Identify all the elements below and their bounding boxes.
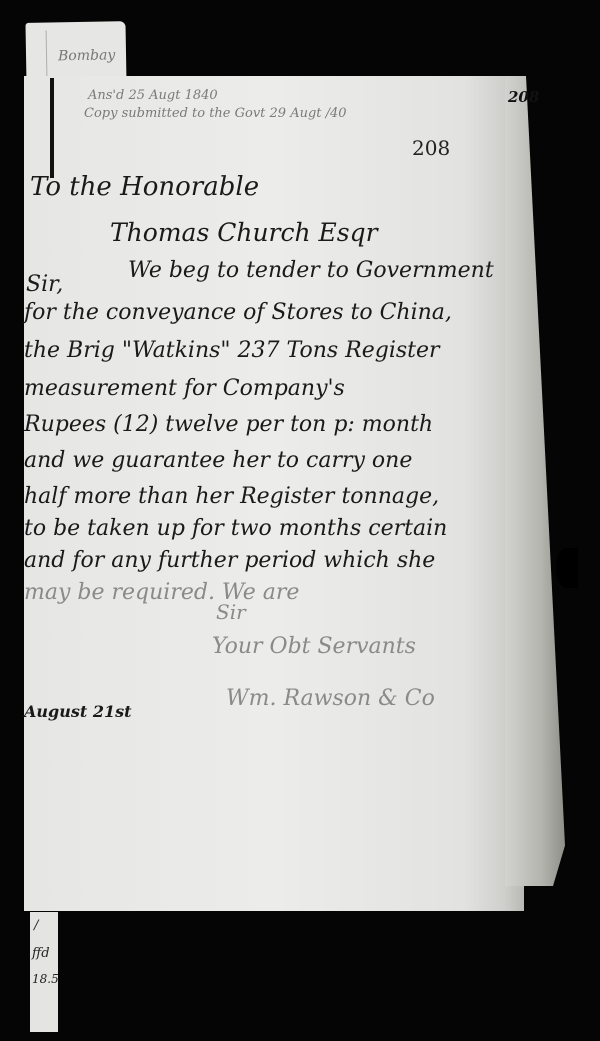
docket-line-1: Ans'd 25 Augt 1840	[88, 88, 218, 103]
body-line: and for any further period which she	[24, 548, 435, 573]
body-line: may be required. We are	[24, 580, 299, 605]
salutation-to: To the Honorable	[30, 172, 259, 202]
bottom-tab-text: ffd	[32, 946, 50, 961]
folio-number-corner: 208	[508, 88, 539, 106]
body-line: the Brig "Watkins" 237 Tons Register	[24, 338, 440, 363]
closing: Sir	[216, 600, 246, 624]
body-line: We beg to tender to Government	[128, 258, 494, 283]
body-line: half more than her Register tonnage,	[24, 484, 439, 509]
body-line: measurement for Company's	[24, 376, 345, 401]
addressee: Thomas Church Esqr	[110, 218, 378, 247]
greeting: Sir,	[26, 272, 63, 297]
folio-number-center: 208	[412, 136, 450, 160]
bottom-tab: / ffd 18.5	[30, 912, 58, 1032]
tab-label: Bombay	[58, 47, 115, 64]
binder-clip	[556, 548, 578, 588]
signature: Wm. Rawson & Co	[226, 686, 435, 711]
bottom-tab-text: 18.5	[32, 972, 59, 986]
body-line: to be taken up for two months certain	[24, 516, 447, 541]
binding-mark	[50, 78, 54, 178]
docket-line-2: Copy submitted to the Govt 29 Augt /40	[84, 106, 347, 121]
body-line: for the conveyance of Stores to China,	[24, 300, 452, 325]
bottom-tab-text: /	[34, 918, 38, 933]
body-line: Rupees (12) twelve per ton p: month	[24, 412, 433, 437]
page-edge-shadow	[505, 76, 565, 886]
closing-line-2: Your Obt Servants	[212, 634, 416, 659]
top-tab: Bombay	[25, 21, 126, 85]
date-margin: August 21st	[24, 702, 132, 721]
body-line: and we guarantee her to carry one	[24, 448, 412, 473]
